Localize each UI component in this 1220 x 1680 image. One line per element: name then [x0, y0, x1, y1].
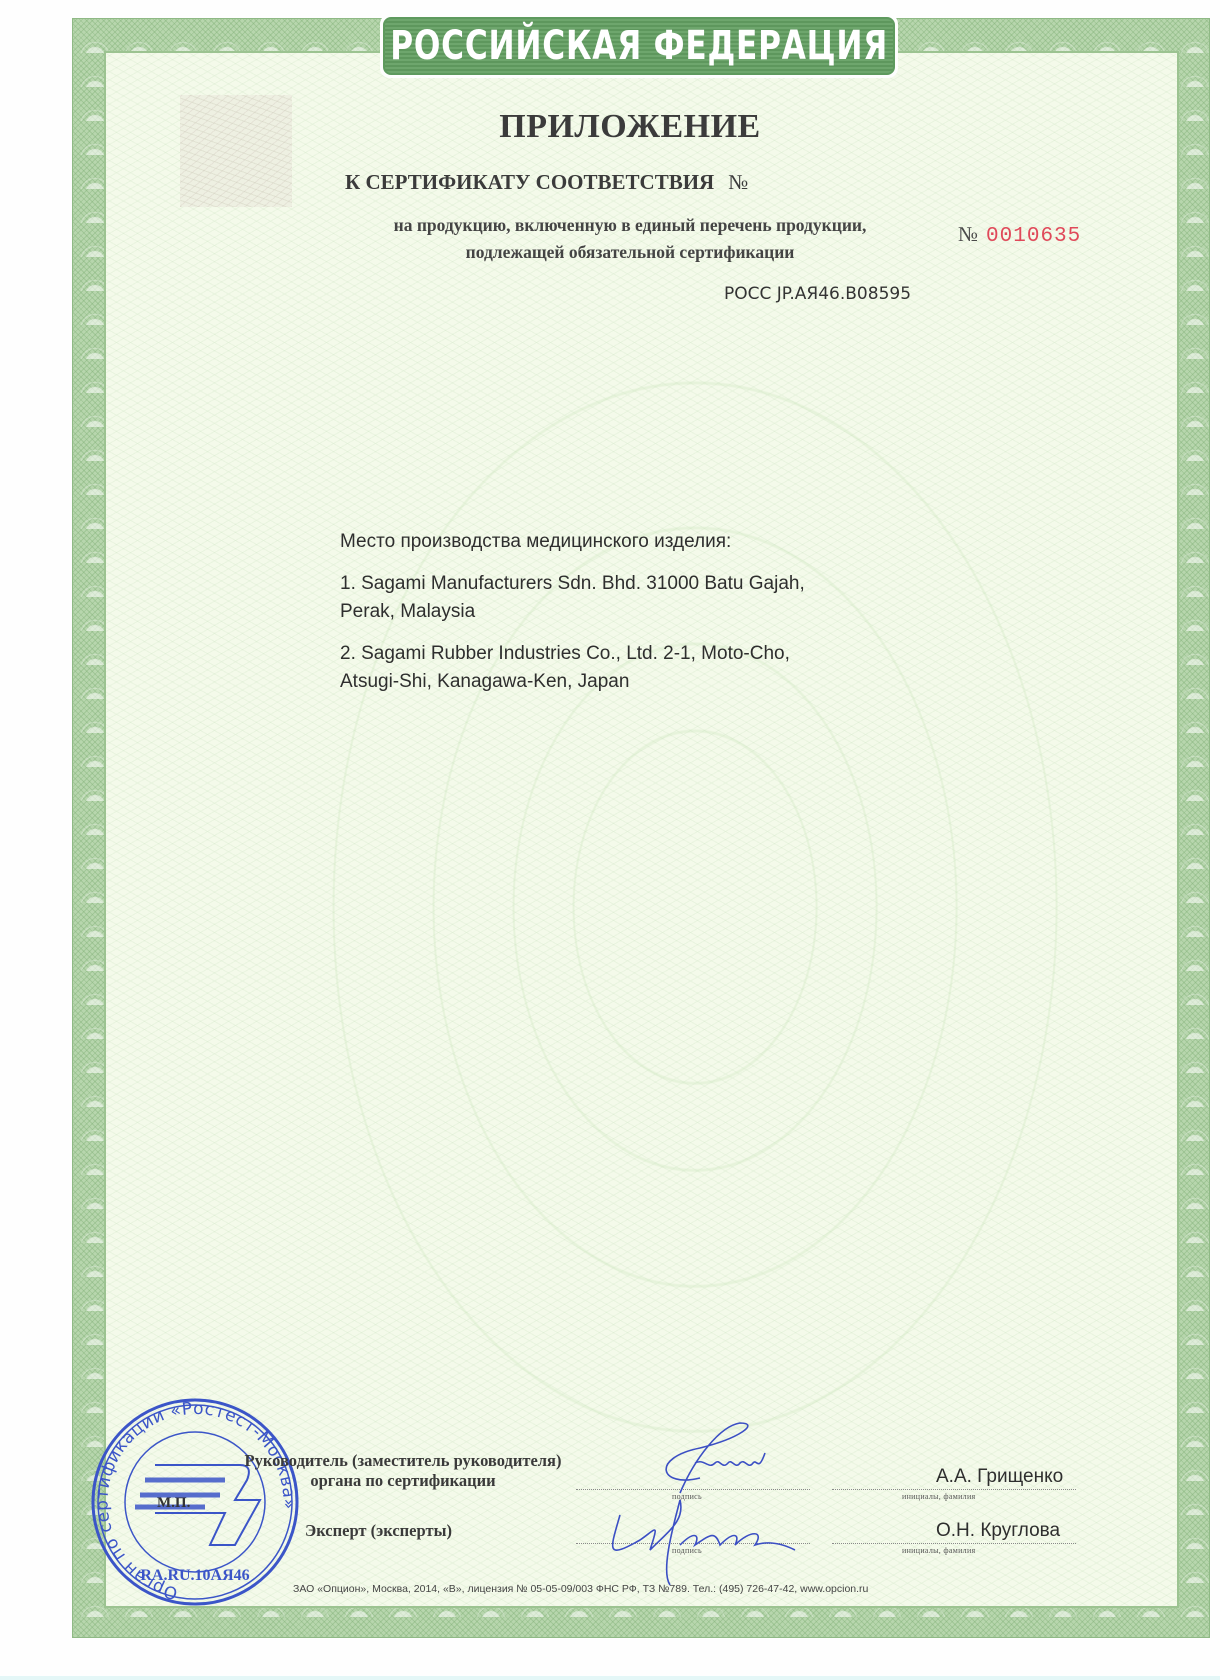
head-name: А.А. Грищенко [936, 1466, 1063, 1488]
name-caption: инициалы, фамилия [902, 1546, 976, 1555]
number-symbol: № [728, 170, 748, 194]
head-name-line [832, 1489, 1076, 1490]
site-item: 1. Sagami Manufacturers Sdn. Bhd. 31000 … [340, 570, 820, 626]
banner-text: РОССИЙСКАЯ ФЕДЕРАЦИЯ [390, 23, 888, 69]
serial-number-symbol: № [958, 222, 978, 246]
expert-name-line [832, 1543, 1076, 1544]
seal-placeholder: М.П. [157, 1495, 190, 1512]
production-sites: Место производства медицинского изделия:… [340, 528, 820, 710]
certification-stamp: Орган по сертификации «Ростест-Москва» R… [85, 1395, 305, 1610]
banner-plate: РОССИЙСКАЯ ФЕДЕРАЦИЯ [383, 17, 895, 75]
product-scope: на продукцию, включенную в единый перече… [300, 212, 960, 266]
expert-signature [600, 1490, 810, 1590]
document-paper [104, 51, 1179, 1608]
scan-edge-strip [0, 1676, 1220, 1680]
document-subtitle: К СЕРТИФИКАТУ СООТВЕТСТВИЯ№ [345, 170, 748, 195]
subtitle-text: К СЕРТИФИКАТУ СООТВЕТСТВИЯ [345, 170, 714, 194]
site-item: 2. Sagami Rubber Industries Co., Ltd. 2-… [340, 640, 820, 696]
scope-line-1: на продукцию, включенную в единый перече… [300, 212, 960, 239]
svg-text:RA.RU.10АЯ46: RA.RU.10АЯ46 [140, 1567, 249, 1584]
country-banner: РОССИЙСКАЯ ФЕДЕРАЦИЯ [380, 14, 898, 78]
certificate-number: РОСС JP.АЯ46.В08595 [724, 284, 911, 304]
form-serial: №0010635 [958, 222, 1081, 248]
serial-number: 0010635 [986, 225, 1081, 248]
head-label-line-2: органа по сертификации [228, 1471, 578, 1491]
head-signature [640, 1418, 800, 1498]
expert-name: О.Н. Круглова [936, 1520, 1060, 1542]
name-caption: инициалы, фамилия [902, 1492, 976, 1501]
scope-line-2: подлежащей обязательной сертификации [300, 239, 960, 266]
head-label-line-1: Руководитель (заместитель руководителя) [228, 1451, 578, 1471]
printer-imprint: ЗАО «Опцион», Москва, 2014, «В», лицензи… [293, 1583, 868, 1595]
sites-heading: Место производства медицинского изделия: [340, 528, 820, 556]
expert-label: Эксперт (эксперты) [305, 1521, 452, 1541]
head-label: Руководитель (заместитель руководителя) … [228, 1451, 578, 1491]
document-title: ПРИЛОЖЕНИЕ [0, 108, 1220, 146]
